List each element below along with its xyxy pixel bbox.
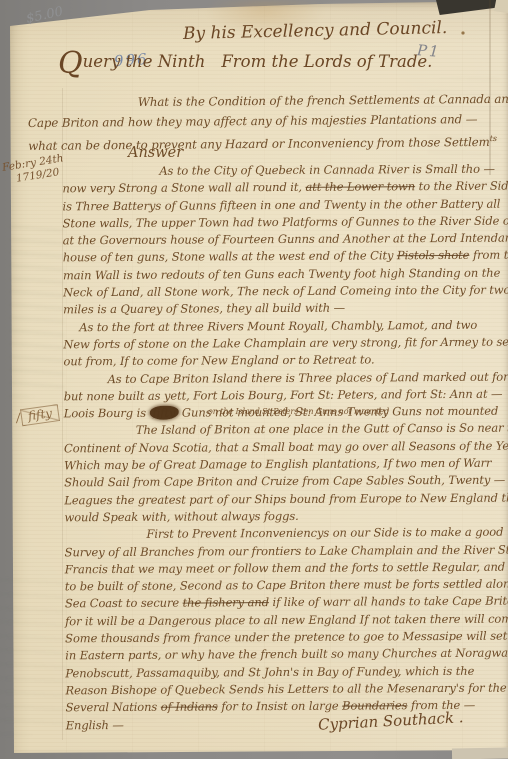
query-initial-capital: Q <box>58 46 83 81</box>
adjacent-page-corner <box>452 748 508 759</box>
archive-photo-background: $5.00 996 By his Excellency and Council.… <box>0 0 508 759</box>
query-source: From the Lords of Trade. <box>221 52 432 71</box>
manuscript-paragraph: As to the City of Quebeck in Cannada Riv… <box>62 161 499 319</box>
struck-text: att the Lower town <box>305 179 415 194</box>
query-heading: Query the NinthFrom the Lords of Trade. <box>58 52 432 74</box>
manuscript-paragraph: The Island of Briton at one place in the… <box>64 420 501 526</box>
ink-blot: fifty <box>149 406 178 420</box>
manuscript-line: New forts of stone on the Lake Champlain… <box>63 334 499 354</box>
manuscript-line: Leagues the greatest part of our Ships b… <box>64 489 500 509</box>
manuscript-line: First to Prevent Inconveniencys on our S… <box>64 524 500 544</box>
manuscript-paragraph: As to the fort at three Rivers Mount Roy… <box>63 316 499 371</box>
manuscript-line: Neck of Land, all Stone work, The neck o… <box>63 282 499 302</box>
query-heading-text: uery the Ninth <box>83 52 206 71</box>
manuscript-line: what can be done to prevent any Hazard o… <box>28 129 490 156</box>
superscript: ts <box>490 134 497 143</box>
manuscript-line: now very Strong a Stone wall all round i… <box>62 178 498 198</box>
answer-body: As to the City of Quebeck in Cannada Riv… <box>62 161 501 734</box>
struck-text: Pistols shote <box>397 248 470 262</box>
manuscript-line: Should Sail from Cape Briton and Cruize … <box>64 472 500 492</box>
interline-note: on the Island St Peters ten Guns not mou… <box>208 407 389 416</box>
manuscript-paragraph: First to Prevent Inconveniencys on our S… <box>64 524 501 700</box>
adjacent-page-edge <box>494 0 508 13</box>
answer-label: Answer <box>128 145 183 161</box>
query-text: What is the Condition of the french Sett… <box>28 90 491 156</box>
manuscript-line: in Eastern parts, or why have the french… <box>65 645 501 665</box>
struck-text: the fishery and <box>183 596 269 611</box>
struck-text: of Indians <box>161 700 218 714</box>
